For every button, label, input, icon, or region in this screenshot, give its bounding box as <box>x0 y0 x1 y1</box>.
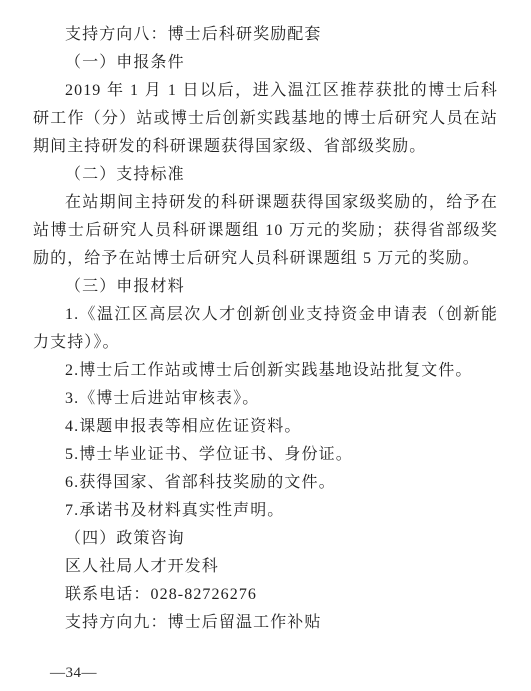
document-body: 支持方向八：博士后科研奖励配套 （一）申报条件 2019 年 1 月 1 日以后… <box>33 21 498 637</box>
direction8-heading: 支持方向八：博士后科研奖励配套 <box>33 21 498 49</box>
section1-body: 2019 年 1 月 1 日以后，进入温江区推荐获批的博士后科研工作（分）站或博… <box>33 77 498 161</box>
material-item: 1.《温江区高层次人才创新创业支持资金申请表（创新能力支持）》。 <box>33 301 498 357</box>
section2-title: （二）支持标准 <box>33 161 498 189</box>
direction9-heading: 支持方向九：博士后留温工作补贴 <box>33 609 498 637</box>
contact-phone: 联系电话：028-82726276 <box>33 581 498 609</box>
section4-title: （四）政策咨询 <box>33 525 498 553</box>
section2-body: 在站期间主持研发的科研课题获得国家级奖励的，给予在站博士后研究人员科研课题组 1… <box>33 189 498 273</box>
material-item: 3.《博士后进站审核表》。 <box>33 385 498 413</box>
contact-department: 区人社局人才开发科 <box>33 553 498 581</box>
material-item: 6.获得国家、省部科技奖励的文件。 <box>33 469 498 497</box>
page-number: —34— <box>50 665 97 682</box>
section3-title: （三）申报材料 <box>33 273 498 301</box>
material-item: 4.课题申报表等相应佐证资料。 <box>33 413 498 441</box>
section1-title: （一）申报条件 <box>33 49 498 77</box>
document-page: 支持方向八：博士后科研奖励配套 （一）申报条件 2019 年 1 月 1 日以后… <box>0 0 531 691</box>
material-item: 7.承诺书及材料真实性声明。 <box>33 497 498 525</box>
material-item: 5.博士毕业证书、学位证书、身份证。 <box>33 441 498 469</box>
material-item: 2.博士后工作站或博士后创新实践基地设站批复文件。 <box>33 357 498 385</box>
